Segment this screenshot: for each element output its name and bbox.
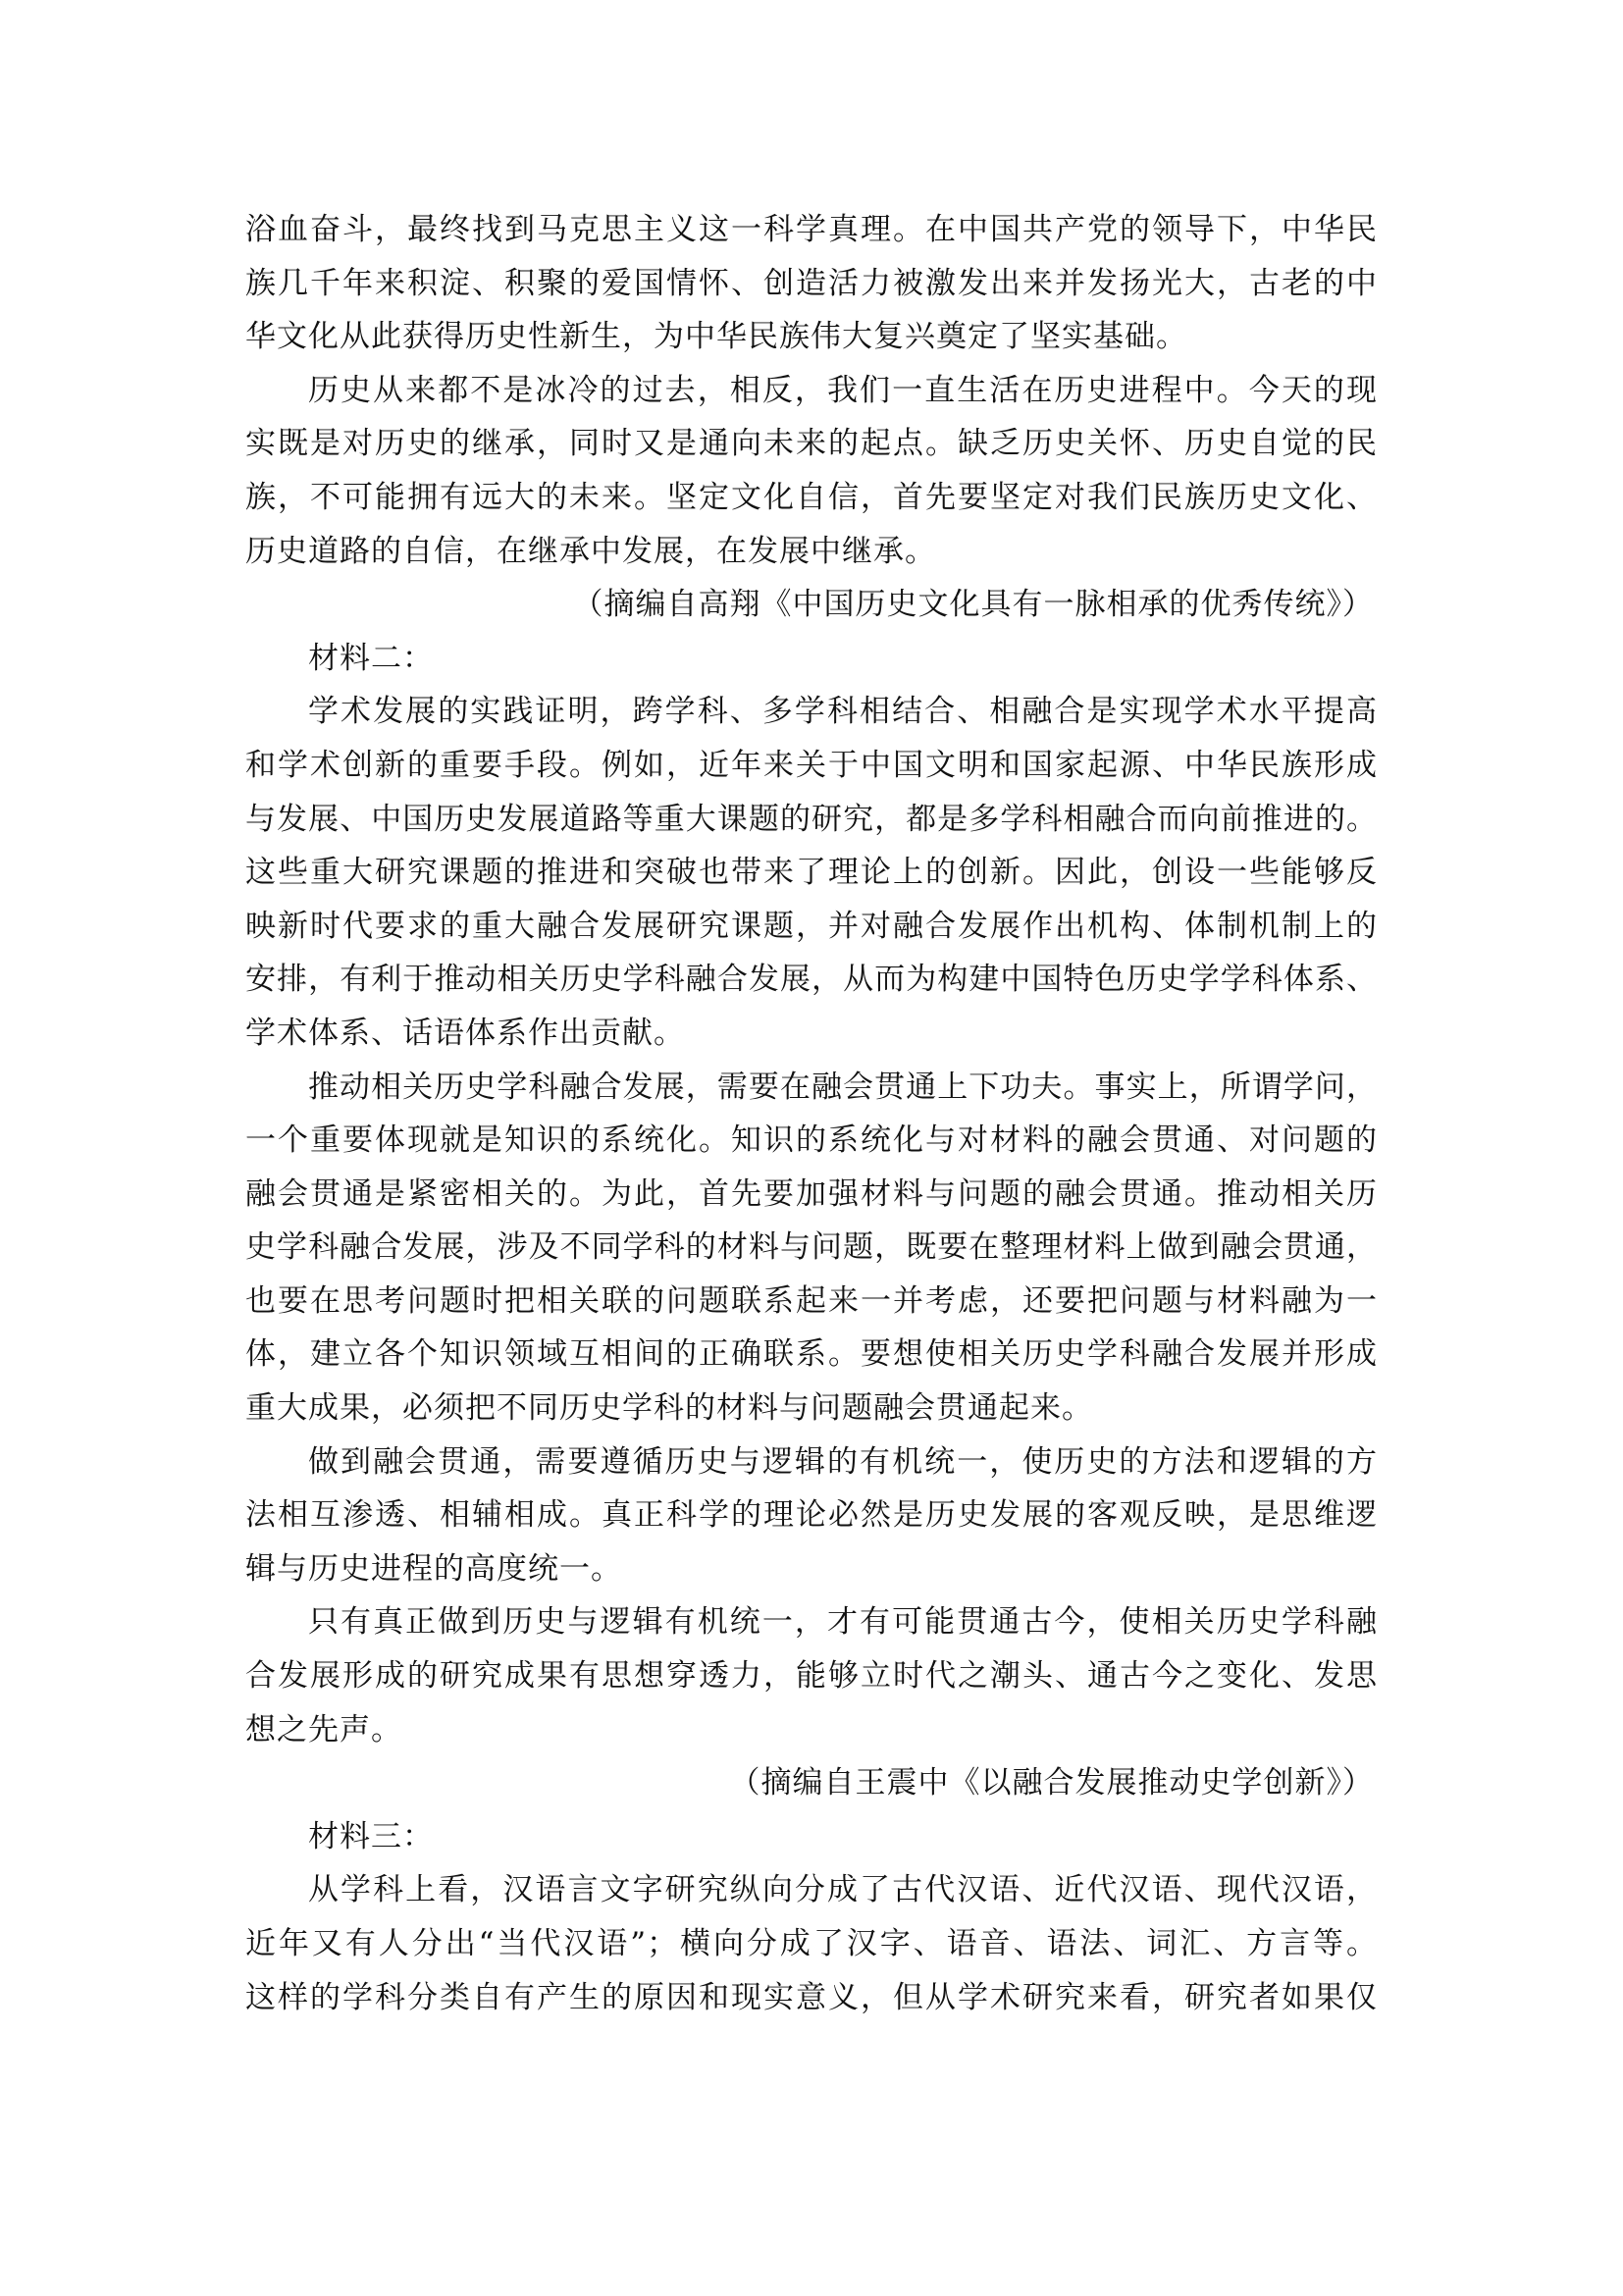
text-line: 这样的学科分类自有产生的原因和现实意义，但从学术研究来看，研究者如果仅 bbox=[245, 1971, 1378, 2025]
text-line: 实既是对历史的继承，同时又是通向未来的起点。缺乏历史关怀、历史自觉的民 bbox=[245, 417, 1378, 471]
text-line: 族几千年来积淀、积聚的爱国情怀、创造活力被激发出来并发扬光大，古老的中 bbox=[245, 257, 1378, 311]
text-line: 合发展形成的研究成果有思想穿透力，能够立时代之潮头、通古今之变化、发思 bbox=[245, 1649, 1378, 1703]
paragraph: 历史从来都不是冰冷的过去，相反，我们一直生活在历史进程中。今天的现 实既是对历史… bbox=[245, 364, 1378, 578]
text-line: 历史从来都不是冰冷的过去，相反，我们一直生活在历史进程中。今天的现 bbox=[245, 364, 1378, 418]
text-line: 近年又有人分出“当代汉语”；横向分成了汉字、语音、语法、词汇、方言等。 bbox=[245, 1917, 1378, 1971]
text-line: 历史道路的自信，在继承中发展，在发展中继承。 bbox=[245, 525, 1378, 579]
text-line: 想之先声。 bbox=[245, 1703, 1378, 1757]
source-citation: （摘编自王震中《以融合发展推动史学创新》） bbox=[245, 1756, 1378, 1810]
text-line: 浴血奋斗，最终找到马克思主义这一科学真理。在中国共产党的领导下，中华民 bbox=[245, 203, 1378, 257]
text-line: 映新时代要求的重大融合发展研究课题，并对融合发展作出机构、体制机制上的 bbox=[245, 900, 1378, 954]
paragraph: 从学科上看，汉语言文字研究纵向分成了古代汉语、近代汉语、现代汉语， 近年又有人分… bbox=[245, 1863, 1378, 2024]
text-line: 学术体系、话语体系作出贡献。 bbox=[245, 1007, 1378, 1061]
text-line: 融会贯通是紧密相关的。为此，首先要加强材料与问题的融会贯通。推动相关历 bbox=[245, 1168, 1378, 1222]
text-line: 与发展、中国历史发展道路等重大课题的研究，都是多学科相融合而向前推进的。 bbox=[245, 793, 1378, 847]
text-line: 做到融会贯通，需要遵循历史与逻辑的有机统一，使历史的方法和逻辑的方 bbox=[245, 1435, 1378, 1489]
text-line: 和学术创新的重要手段。例如，近年来关于中国文明和国家起源、中华民族形成 bbox=[245, 739, 1378, 793]
text-line: 史学科融合发展，涉及不同学科的材料与问题，既要在整理材料上做到融会贯通， bbox=[245, 1221, 1378, 1275]
text-line: 华文化从此获得历史性新生，为中华民族伟大复兴奠定了坚实基础。 bbox=[245, 310, 1378, 364]
material-one-tail: 浴血奋斗，最终找到马克思主义这一科学真理。在中国共产党的领导下，中华民 族几千年… bbox=[245, 203, 1378, 632]
text-line: 法相互渗透、相辅相成。真正科学的理论必然是历史发展的客观反映，是思维逻 bbox=[245, 1488, 1378, 1542]
text-line: 辑与历史进程的高度统一。 bbox=[245, 1542, 1378, 1596]
material-three: 材料三： 从学科上看，汉语言文字研究纵向分成了古代汉语、近代汉语、现代汉语， 近… bbox=[245, 1810, 1378, 2024]
text-line: 推动相关历史学科融合发展，需要在融会贯通上下功夫。事实上，所谓学问， bbox=[245, 1061, 1378, 1115]
text-column: 浴血奋斗，最终找到马克思主义这一科学真理。在中国共产党的领导下，中华民 族几千年… bbox=[245, 203, 1378, 2024]
document-page: 浴血奋斗，最终找到马克思主义这一科学真理。在中国共产党的领导下，中华民 族几千年… bbox=[0, 0, 1623, 2296]
paragraph: 浴血奋斗，最终找到马克思主义这一科学真理。在中国共产党的领导下，中华民 族几千年… bbox=[245, 203, 1378, 364]
section-label: 材料二： bbox=[245, 632, 1378, 686]
text-line: 族，不可能拥有远大的未来。坚定文化自信，首先要坚定对我们民族历史文化、 bbox=[245, 471, 1378, 525]
text-line: 也要在思考问题时把相关联的问题联系起来一并考虑，还要把问题与材料融为一 bbox=[245, 1275, 1378, 1329]
paragraph: 学术发展的实践证明，跨学科、多学科相结合、相融合是实现学术水平提高 和学术创新的… bbox=[245, 685, 1378, 1060]
text-line: 这些重大研究课题的推进和突破也带来了理论上的创新。因此，创设一些能够反 bbox=[245, 846, 1378, 900]
text-line: 重大成果，必须把不同历史学科的材料与问题融会贯通起来。 bbox=[245, 1382, 1378, 1435]
paragraph: 做到融会贯通，需要遵循历史与逻辑的有机统一，使历史的方法和逻辑的方 法相互渗透、… bbox=[245, 1435, 1378, 1596]
source-citation: （摘编自高翔《中国历史文化具有一脉相承的优秀传统》） bbox=[245, 578, 1378, 632]
section-label: 材料三： bbox=[245, 1810, 1378, 1864]
text-line: 体，建立各个知识领域互相间的正确联系。要想使相关历史学科融合发展并形成 bbox=[245, 1328, 1378, 1382]
text-line: 安排，有利于推动相关历史学科融合发展，从而为构建中国特色历史学学科体系、 bbox=[245, 953, 1378, 1007]
text-line: 一个重要体现就是知识的系统化。知识的系统化与对材料的融会贯通、对问题的 bbox=[245, 1114, 1378, 1168]
paragraph: 只有真正做到历史与逻辑有机统一，才有可能贯通古今，使相关历史学科融 合发展形成的… bbox=[245, 1595, 1378, 1756]
text-line: 从学科上看，汉语言文字研究纵向分成了古代汉语、近代汉语、现代汉语， bbox=[245, 1863, 1378, 1917]
paragraph: 推动相关历史学科融合发展，需要在融会贯通上下功夫。事实上，所谓学问， 一个重要体… bbox=[245, 1061, 1378, 1435]
material-two: 材料二： 学术发展的实践证明，跨学科、多学科相结合、相融合是实现学术水平提高 和… bbox=[245, 632, 1378, 1810]
text-line: 只有真正做到历史与逻辑有机统一，才有可能贯通古今，使相关历史学科融 bbox=[245, 1595, 1378, 1649]
text-line: 学术发展的实践证明，跨学科、多学科相结合、相融合是实现学术水平提高 bbox=[245, 685, 1378, 739]
